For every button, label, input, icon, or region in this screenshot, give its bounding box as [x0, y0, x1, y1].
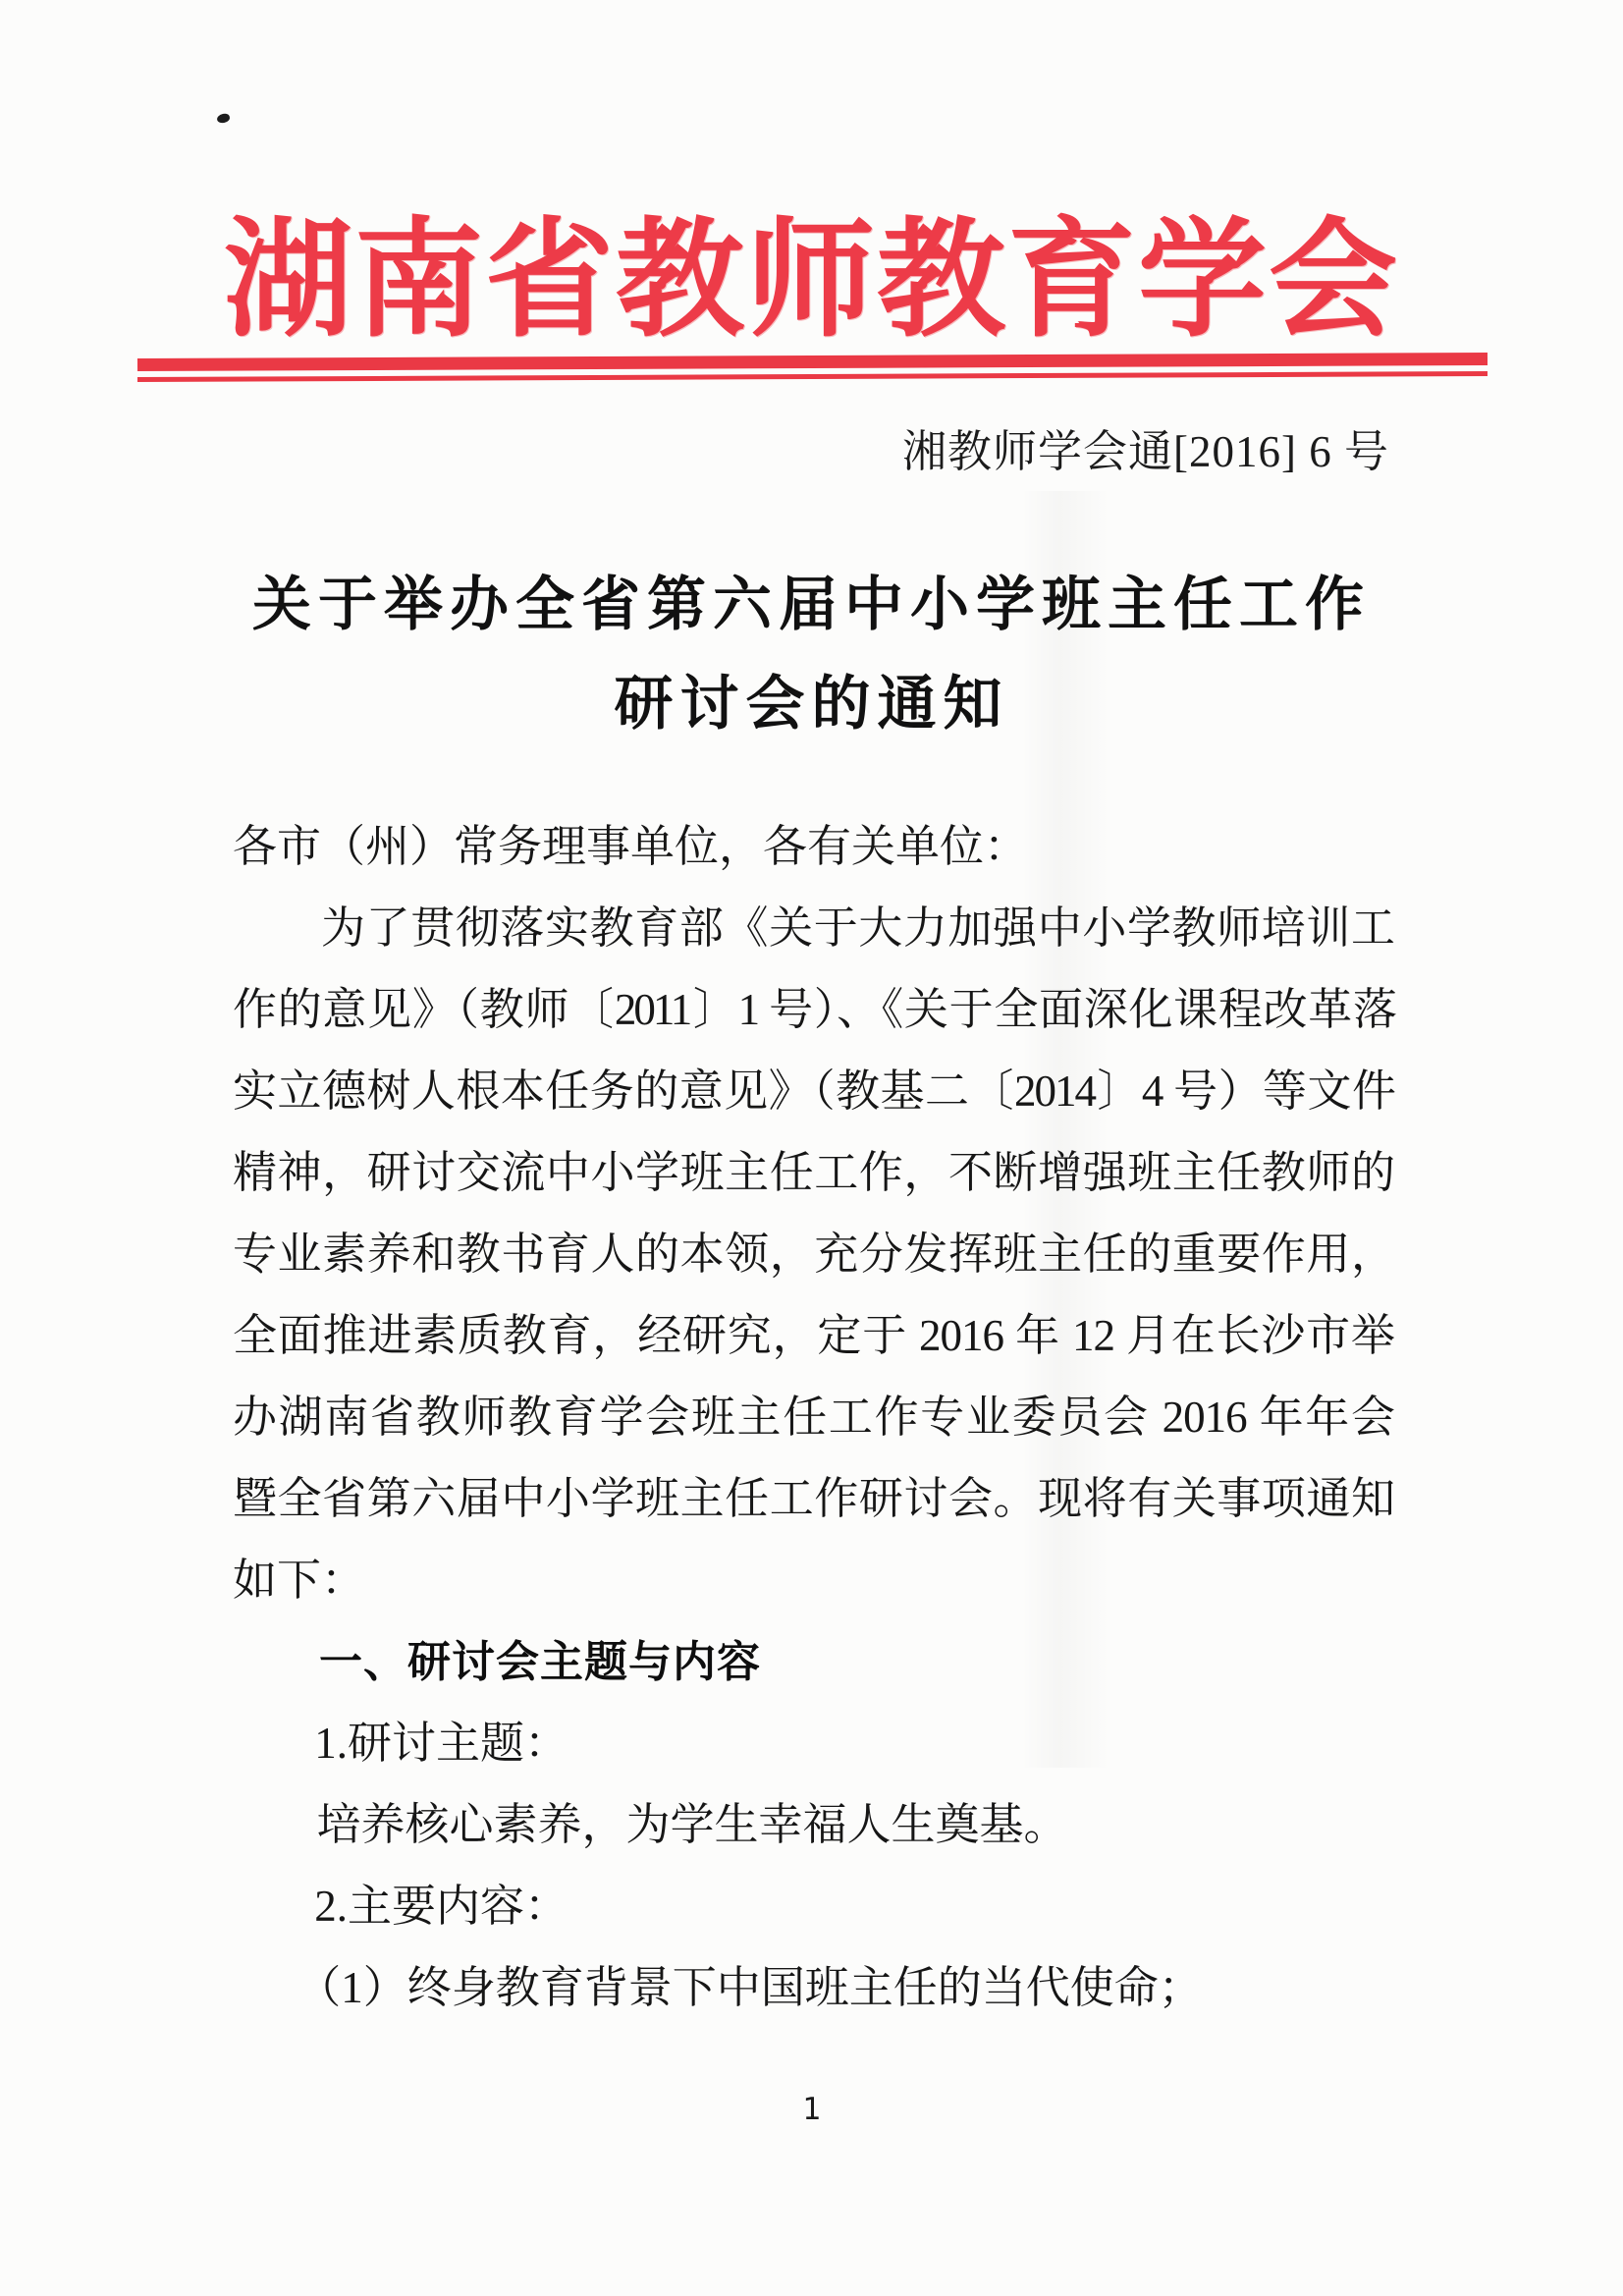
header-rule-thin	[137, 371, 1488, 382]
org-title: 湖南省教师教育学会	[0, 208, 1623, 355]
body-line: 办湖南省教师教育学会班主任工作专业委员会 2016 年年会	[233, 1377, 1394, 1458]
body-line: 精神，研讨交流中小学班主任工作，不断增强班主任教师的	[233, 1132, 1394, 1214]
document-body: 各市（州）常务理事单位，各有关单位： 为了贯彻落实教育部《关于大力加强中小学教师…	[233, 806, 1394, 2029]
notice-title-line1: 关于举办全省第六届中小学班主任工作	[0, 556, 1623, 655]
notice-title-line2: 研讨会的通知	[0, 655, 1623, 754]
section-heading: 一、研讨会主题与内容	[233, 1621, 1394, 1703]
body-line-subitem: （1）终身教育背景下中国班主任的当代使命；	[233, 1947, 1394, 2029]
body-line: 全面推进素质教育，经研究，定于 2016 年 12 月在长沙市举	[233, 1295, 1394, 1377]
document-page: 湖南省教师教育学会 湘教师学会通[2016] 6 号 关于举办全省第六届中小学班…	[0, 0, 1623, 2296]
body-line-item: 2.主要内容：	[233, 1866, 1394, 1947]
body-line: 专业素养和教书育人的本领，充分发挥班主任的重要作用，	[233, 1214, 1394, 1295]
body-line: 作的意见》（教师〔2011〕1 号）、《关于全面深化课程改革落	[233, 969, 1394, 1051]
body-line: 实立德树人根本任务的意见》（教基二〔2014〕4 号）等文件	[233, 1051, 1394, 1132]
body-line-salutation: 各市（州）常务理事单位，各有关单位：	[233, 806, 1394, 888]
doc-number: 湘教师学会通[2016] 6 号	[902, 422, 1389, 481]
body-line-theme: 培养核心素养，为学生幸福人生奠基。	[233, 1784, 1394, 1866]
body-line: 如下：	[233, 1540, 1394, 1621]
page-number: 1	[0, 2088, 1623, 2131]
notice-title: 关于举办全省第六届中小学班主任工作 研讨会的通知	[0, 556, 1623, 754]
body-line-item: 1.研讨主题：	[233, 1703, 1394, 1784]
body-line: 暨全省第六届中小学班主任工作研讨会。现将有关事项通知	[233, 1458, 1394, 1540]
body-line: 为了贯彻落实教育部《关于大力加强中小学教师培训工	[233, 888, 1394, 969]
ink-speck	[216, 113, 231, 125]
